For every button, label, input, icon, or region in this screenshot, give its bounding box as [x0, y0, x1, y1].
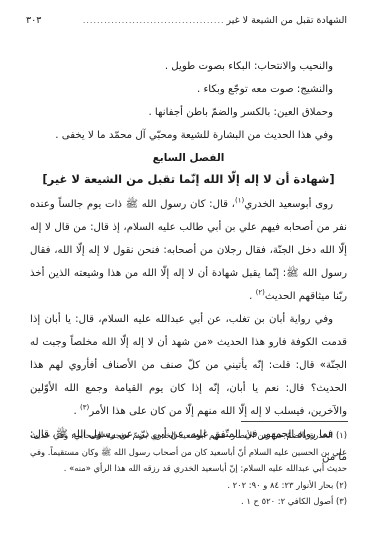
footnote-ref-3[interactable]: (٣) [80, 404, 89, 412]
chapter-title: الفصل السابع [30, 148, 347, 168]
definition-line: وفي هذا الحديث من البشارة للشيعة ومحبّي … [30, 124, 347, 147]
definitions-block: والنحيب والانتحاب: البكاء بصوت طويل . وا… [30, 55, 347, 147]
running-header: الشهادة تقبل من الشيعة لا غير ..........… [26, 14, 347, 28]
footnote-3: (٣) أصول الكافي ٢: ٥٢٠ ح ١ . [30, 493, 347, 510]
paragraph-text: روى أبوسعيد الخدري [244, 199, 333, 210]
footnote-2: (٢) بحار الأنوار ٢٣: ٨٤ و ٩٠: ٢٠٢ . [30, 477, 347, 494]
running-header-leader: ........................................ [43, 14, 224, 28]
book-page: الشهادة تقبل من الشيعة لا غير ..........… [0, 0, 379, 539]
paragraph-abu-said: روى أبوسعيد الخدري(١)، قال: كان رسول الل… [30, 193, 347, 308]
page-number: ٣٠٣ [26, 14, 41, 28]
main-text: والنحيب والانتحاب: البكاء بصوت طويل . وا… [30, 55, 347, 469]
running-header-title: الشهادة تقبل من الشيعة لا غير [227, 14, 347, 28]
footnote-ref-2[interactable]: (٢) [256, 289, 265, 297]
paragraph-text: ، قال: كان رسول الله ﷺ ذات يوم جالساً وع… [30, 199, 347, 302]
definition-line: والنشيج: صوت معه توجّع وبكاء . [30, 78, 347, 101]
footnote-ref-1[interactable]: (١) [235, 197, 244, 205]
definition-line: والنحيب والانتحاب: البكاء بصوت طويل . [30, 55, 347, 78]
paragraph-aban: وفي رواية أبان بن تغلب، عن أبي عبدالله ع… [30, 308, 347, 423]
footnote-separator [241, 421, 348, 422]
paragraph-text: وفي رواية أبان بن تغلب، عن أبي عبدالله ع… [30, 314, 347, 417]
chapter-subtitle: [شهادة أن لا إله إلّا الله إنّما تقبل من… [30, 168, 347, 190]
footnote-1: (١) الخدرة بالضمّ حيّ من الأنصار، منهم أ… [30, 427, 347, 477]
footnotes: (١) الخدرة بالضمّ حيّ من الأنصار، منهم أ… [30, 427, 347, 510]
definition-line: وحملاق العين: بالكسر والضمّ باطن أجفانها… [30, 101, 347, 124]
